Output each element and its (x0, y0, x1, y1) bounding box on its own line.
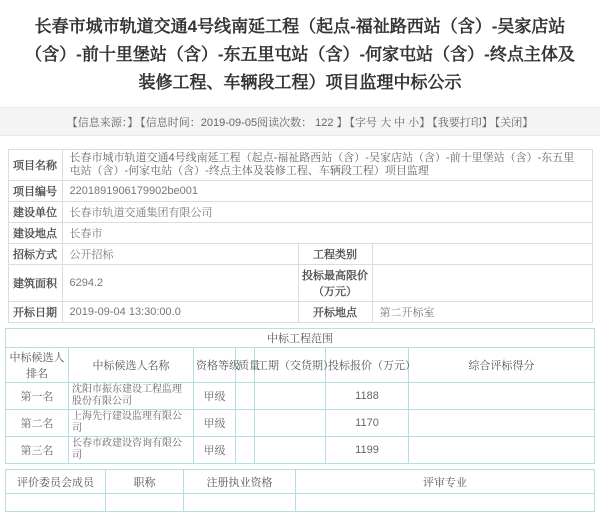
row-label: 建筑面积 (8, 265, 62, 302)
cell-duration (255, 410, 326, 437)
evaluation-committee-table: 评价委员会成员 职称 注册执业资格 评审专业 (5, 469, 595, 512)
font-size-switcher[interactable]: 【字号 大 中 小】 (350, 117, 431, 129)
row-label: 建设单位 (8, 202, 62, 223)
table-row: 项目名称 长春市城市轨道交通4号线南延工程（起点-福祉路西站（含）-吴家店站（含… (8, 150, 592, 181)
page-title: 长春市城市轨道交通4号线南延工程（起点-福祉路西站（含）-吴家店站（含）-前十里… (22, 0, 578, 97)
col-header-score: 综合评标得分 (409, 348, 595, 383)
cell-quality (236, 437, 255, 464)
table-row: 第一名 沈阳市振东建设工程监理股份有限公司 甲级 1188 (6, 383, 595, 410)
col-header-specialty: 评审专业 (296, 470, 595, 494)
row-value: 2201891906179902be001 (62, 181, 592, 202)
cell-name: 上海先行建设监理有限公司 (69, 410, 194, 437)
col-header-qualification: 注册执业资格 (184, 470, 296, 494)
cell-price: 1199 (326, 437, 409, 464)
cell-grade: 甲级 (194, 383, 236, 410)
col-header-grade: 资格等级 (194, 348, 236, 383)
cell-name: 长春市政建设咨询有限公司 (69, 437, 194, 464)
cell-score (409, 410, 595, 437)
cell-member (6, 494, 106, 512)
table-row: 建设地点 长春市 (8, 223, 592, 244)
cell-price: 1170 (326, 410, 409, 437)
cell-grade: 甲级 (194, 437, 236, 464)
row-label: 开标地点 (298, 302, 372, 323)
row-value: 第二开标室 (372, 302, 592, 323)
col-header-price: 投标报价（万元） (326, 348, 409, 383)
info-bar: 【信息来源：】【信息时间：2019-09-05阅读次数： 122 】【字号 大 … (0, 107, 600, 136)
info-time-readcount: 【信息时间：2019-09-05阅读次数： 122 】 (140, 117, 347, 129)
row-value: 公开招标 (62, 244, 298, 265)
row-label: 项目编号 (8, 181, 62, 202)
cell-score (409, 383, 595, 410)
cell-duration (255, 383, 326, 410)
cell-specialty (296, 494, 595, 512)
cell-rank: 第三名 (6, 437, 69, 464)
table-row: 开标日期 2019-09-04 13:30:00.0 开标地点 第二开标室 (8, 302, 592, 323)
project-info-table: 项目名称 长春市城市轨道交通4号线南延工程（起点-福祉路西站（含）-吴家店站（含… (8, 149, 593, 323)
table-row: 招标方式 公开招标 工程类别 (8, 244, 592, 265)
table-row (6, 494, 595, 512)
cell-duration (255, 437, 326, 464)
table-header-row: 评价委员会成员 职称 注册执业资格 评审专业 (6, 470, 595, 494)
col-header-rank: 中标候选人排名 (6, 348, 69, 383)
row-value (372, 244, 592, 265)
row-value: 长春市城市轨道交通4号线南延工程（起点-福祉路西站（含）-吴家店站（含）-前十里… (62, 150, 592, 181)
cell-title (106, 494, 184, 512)
row-value: 2019-09-04 13:30:00.0 (62, 302, 298, 323)
cell-grade: 甲级 (194, 410, 236, 437)
row-value: 长春市轨道交通集团有限公司 (62, 202, 592, 223)
row-value: 6294.2 (62, 265, 298, 302)
row-label: 投标最高限价（万元） (298, 265, 372, 302)
cell-score (409, 437, 595, 464)
section-title: 中标工程范围 (6, 329, 595, 348)
col-header-title: 职称 (106, 470, 184, 494)
table-header-row: 中标候选人排名 中标候选人名称 资格等级 质量 工期（交货期） 投标报价（万元）… (6, 348, 595, 383)
info-source: 【信息来源：】 (67, 117, 139, 129)
table-row: 建筑面积 6294.2 投标最高限价（万元） (8, 265, 592, 302)
col-header-name: 中标候选人名称 (69, 348, 194, 383)
col-header-quality: 质量 (236, 348, 255, 383)
row-label: 开标日期 (8, 302, 62, 323)
print-button[interactable]: 【我要打印】 (432, 117, 493, 129)
row-label: 建设地点 (8, 223, 62, 244)
table-row: 建设单位 长春市轨道交通集团有限公司 (8, 202, 592, 223)
table-section-row: 中标工程范围 (6, 329, 595, 348)
cell-rank: 第二名 (6, 410, 69, 437)
row-label: 项目名称 (8, 150, 62, 181)
cell-price: 1188 (326, 383, 409, 410)
table-row: 项目编号 2201891906179902be001 (8, 181, 592, 202)
close-button[interactable]: 【关闭】 (495, 117, 534, 129)
row-label: 招标方式 (8, 244, 62, 265)
cell-quality (236, 383, 255, 410)
announcement-page: 长春市城市轨道交通4号线南延工程（起点-福祉路西站（含）-吴家店站（含）-前十里… (0, 0, 600, 512)
row-label: 工程类别 (298, 244, 372, 265)
col-header-member: 评价委员会成员 (6, 470, 106, 494)
col-header-duration: 工期（交货期） (255, 348, 326, 383)
cell-qualification (184, 494, 296, 512)
row-value: 长春市 (62, 223, 592, 244)
cell-name: 沈阳市振东建设工程监理股份有限公司 (69, 383, 194, 410)
cell-rank: 第一名 (6, 383, 69, 410)
table-row: 第三名 长春市政建设咨询有限公司 甲级 1199 (6, 437, 595, 464)
table-row: 第二名 上海先行建设监理有限公司 甲级 1170 (6, 410, 595, 437)
row-value (372, 265, 592, 302)
bid-result-table: 中标工程范围 中标候选人排名 中标候选人名称 资格等级 质量 工期（交货期） 投… (5, 328, 595, 464)
cell-quality (236, 410, 255, 437)
